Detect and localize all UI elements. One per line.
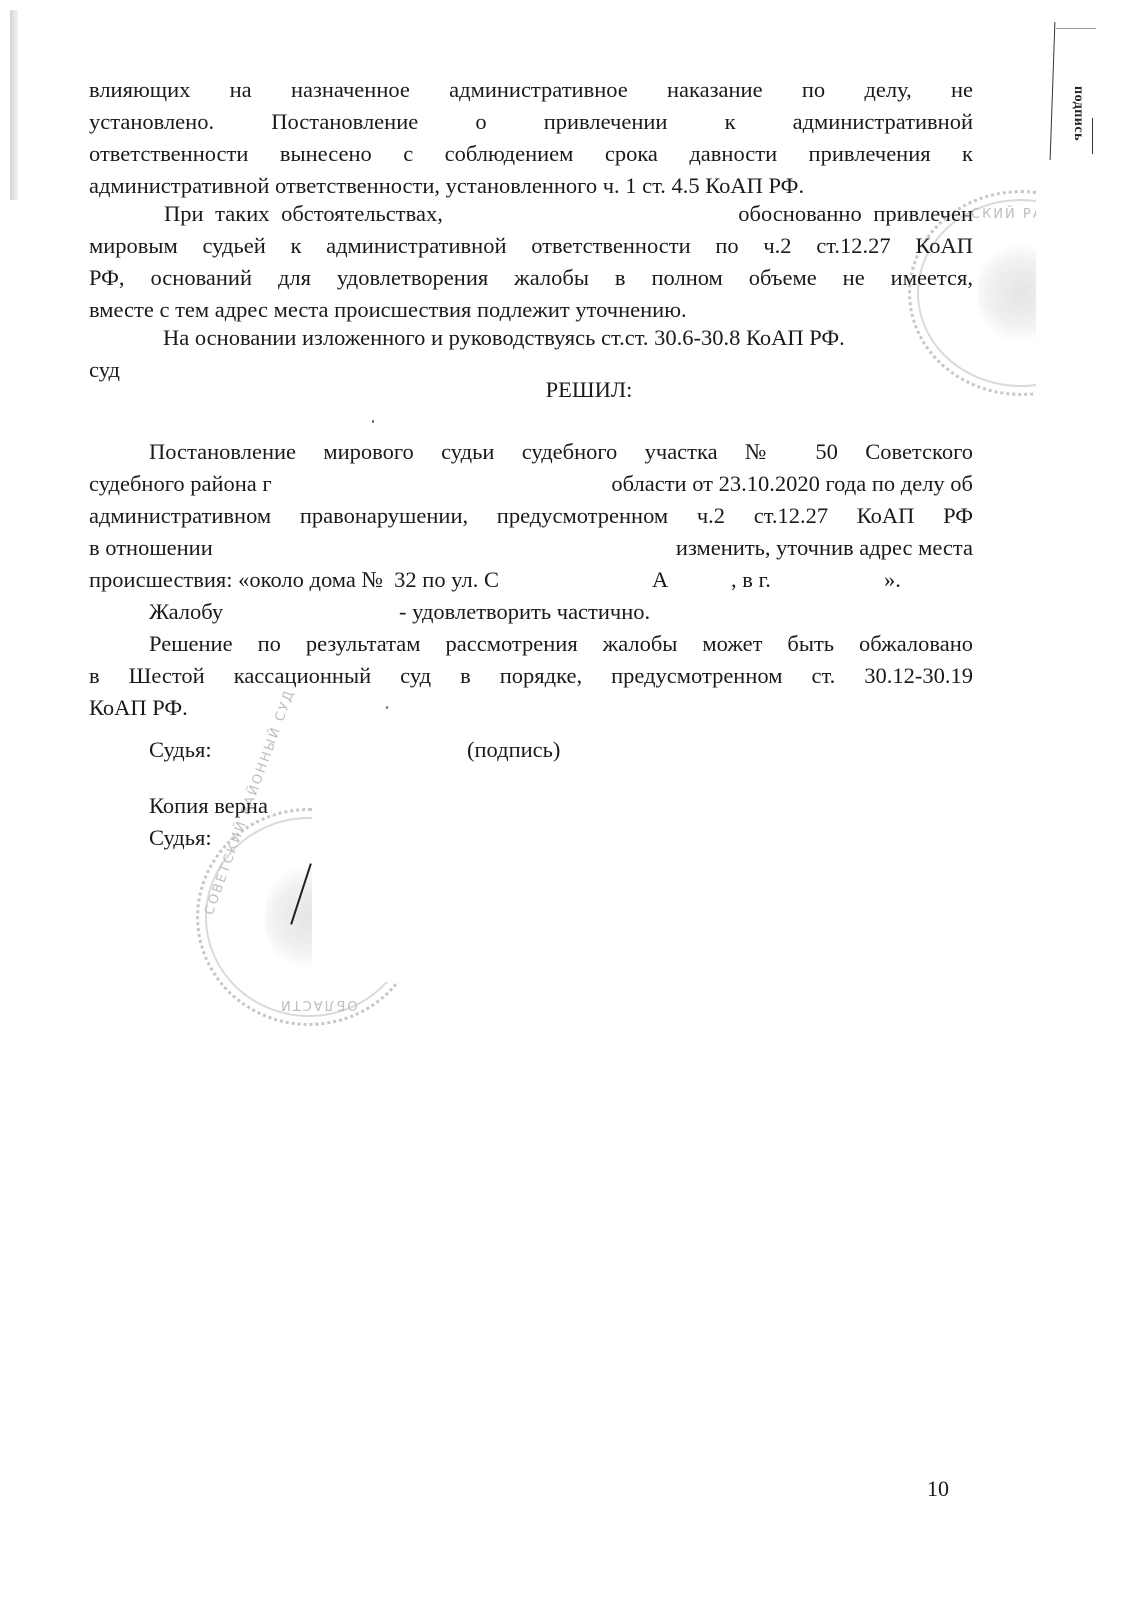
text-fragment: , в г.	[731, 564, 771, 596]
text-line: Постановление мирового судьи судебного у…	[89, 436, 973, 468]
judge-label: Судья:	[149, 734, 212, 766]
copy-label: Копия верна	[89, 790, 973, 822]
text-line: в Шестой кассационный суд в порядке, пре…	[89, 660, 973, 692]
text-line: Решение по результатам рассмотрения жало…	[89, 628, 973, 660]
paragraph-conclusion: влияющих на назначенное административное…	[89, 74, 973, 202]
margin-rule-top	[1056, 28, 1096, 29]
paragraph-circumstances: При таких обстоятельствах, обоснованно п…	[89, 198, 973, 326]
text-fragment: А	[652, 564, 668, 596]
judge-signature-line: Судья: (подпись)	[89, 734, 973, 766]
text-fragment: - удовлетворить частично.	[399, 596, 650, 628]
copy-certification: Копия верна Судья:	[89, 790, 973, 854]
text-line: в отношении изменить, уточнив адрес мест…	[89, 532, 973, 564]
text-line: административном правонарушении, предусм…	[89, 500, 973, 532]
heading-text: РЕШИЛ:	[546, 377, 633, 402]
text-fragment: изменить, уточнив адрес места	[676, 532, 973, 564]
text-fragment: ».	[884, 564, 901, 596]
redacted-city	[304, 468, 524, 498]
margin-signature-label: подпись	[1070, 86, 1086, 141]
text-line: происшествия: «около дома № 32 по ул. С …	[89, 564, 973, 596]
text-fragment: в отношении	[89, 532, 213, 564]
text-line: РФ, оснований для удовлетворения жалобы …	[89, 262, 973, 294]
margin-signature-note: подпись	[1066, 22, 1096, 162]
paragraph-complaint: Жалобу - удовлетворить частично.	[89, 596, 973, 628]
text-fragment: судебного района г	[89, 468, 272, 500]
text-fragment: происшествия: «около дома № 32 по ул. С	[89, 564, 499, 596]
redacted-person	[249, 532, 609, 562]
text-line: влияющих на назначенное административное…	[89, 74, 973, 106]
text-line: При таких обстоятельствах, обоснованно п…	[89, 198, 973, 230]
scan-speck	[372, 420, 374, 423]
signature-block: Судья: (подпись)	[89, 734, 973, 766]
decision-heading: РЕШИЛ:	[89, 374, 1089, 406]
text-fragment: обоснованно привлечен	[738, 198, 973, 230]
text-fragment: области от 23.10.2020 года по делу об	[611, 468, 973, 500]
margin-tick	[1092, 118, 1093, 154]
paragraph-appeal: Решение по результатам рассмотрения жало…	[89, 628, 973, 724]
text-fragment: Жалобу	[149, 596, 223, 628]
copy-judge-label: Судья:	[89, 822, 973, 854]
text-line: Жалобу - удовлетворить частично.	[89, 596, 973, 628]
text-line: На основании изложенного и руководствуяс…	[89, 322, 973, 354]
redacted-name	[449, 198, 749, 228]
margin-rule	[1050, 22, 1056, 160]
text-line: ответственности вынесено с соблюдением с…	[89, 138, 973, 170]
text-line: судебного района г области от 23.10.2020…	[89, 468, 973, 500]
text-line: мировым судьей к административной ответс…	[89, 230, 973, 262]
stamp-text: ОБЛАСТИ	[279, 997, 358, 1012]
paragraph-resolution: Постановление мирового судьи судебного у…	[89, 436, 973, 596]
text-line: КоАП РФ.	[89, 692, 973, 724]
text-fragment: При таких обстоятельствах,	[164, 198, 443, 230]
text-line: установлено. Постановление о привлечении…	[89, 106, 973, 138]
scan-page-edge	[10, 10, 18, 200]
page-number: 10	[927, 1476, 949, 1502]
redacted-name	[239, 596, 389, 626]
stamp-crop-cover	[1036, 180, 1132, 400]
signature-placeholder: (подпись)	[467, 734, 560, 766]
